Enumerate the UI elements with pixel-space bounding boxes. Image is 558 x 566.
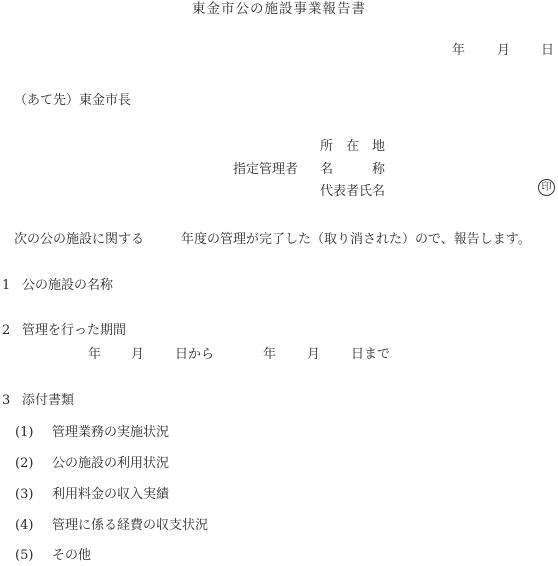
statement-after: 年度の管理が完了した（取り消された）ので、報告します。 <box>181 232 531 247</box>
section-facility-name: 1公の施設の名称 <box>2 279 113 292</box>
name-field-label: 名 称 <box>320 163 385 176</box>
attachment-label: 管理業務の実施状況 <box>52 425 169 440</box>
seal-icon: 印 <box>538 179 555 196</box>
period-end-month: 月 <box>307 348 320 361</box>
section-label: 公の施設の名称 <box>22 278 113 293</box>
date-day-label: 日 <box>541 44 554 57</box>
attachment-label: 公の施設の利用状況 <box>52 456 169 471</box>
section-label: 添付書類 <box>22 393 74 408</box>
attachment-item: (2)公の施設の利用状況 <box>15 457 169 470</box>
period-end-day: 日まで <box>351 348 390 361</box>
attachment-item: (4)管理に係る経費の収支状況 <box>15 519 208 532</box>
recipient: （あて先）東金市長 <box>14 94 131 107</box>
representative-field-label: 代表者氏名 <box>320 185 385 198</box>
address-field-label: 所 在 地 <box>320 140 385 153</box>
attachment-number: (3) <box>15 488 52 501</box>
date-month-label: 月 <box>497 44 510 57</box>
section-number: 3 <box>2 394 22 407</box>
attachment-number: (4) <box>15 519 52 532</box>
attachment-item: (5)その他 <box>15 549 91 562</box>
period-start-year: 年 <box>88 348 101 361</box>
attachment-label: その他 <box>52 548 91 563</box>
section-management-period: 2管理を行った期間 <box>2 324 126 337</box>
statement-before: 次の公の施設に関する <box>14 232 144 247</box>
attachment-number: (1) <box>15 426 52 439</box>
section-label: 管理を行った期間 <box>22 323 126 338</box>
section-number: 1 <box>2 279 22 292</box>
period-start-day: 日から <box>175 348 214 361</box>
document-title: 東金市公の施設事業報告書 <box>0 3 558 17</box>
attachment-label: 利用料金の収入実績 <box>52 487 169 502</box>
date-year-label: 年 <box>452 44 465 57</box>
section-attachments: 3添付書類 <box>2 394 74 407</box>
period-start-month: 月 <box>131 348 144 361</box>
designated-manager-label: 指定管理者 <box>233 163 298 176</box>
attachment-number: (5) <box>15 549 52 562</box>
attachment-number: (2) <box>15 457 52 470</box>
report-statement: 次の公の施設に関する年度の管理が完了した（取り消された）ので、報告します。 <box>14 233 531 246</box>
period-end-year: 年 <box>263 348 276 361</box>
section-number: 2 <box>2 324 22 337</box>
attachment-label: 管理に係る経費の収支状況 <box>52 518 208 533</box>
attachment-item: (3)利用料金の収入実績 <box>15 488 169 501</box>
attachment-item: (1)管理業務の実施状況 <box>15 426 169 439</box>
